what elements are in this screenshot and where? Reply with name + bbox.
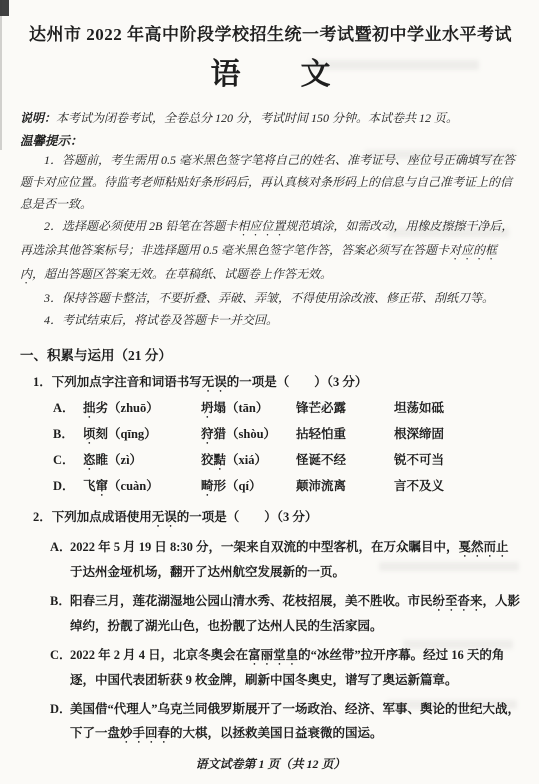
q2-option-a: A． 2022 年 5 月 19 日 8:30 分，一架来自双流的中型客机，在万… bbox=[20, 535, 521, 584]
option-word: 恣睢（zì） bbox=[83, 447, 201, 473]
option-text: 2022 年 2 月 4 日，北京冬奥会在富丽堂皇的“冰丝带”拉开序幕。经过 1… bbox=[70, 648, 504, 687]
q2-option-b: B． 阳春三月，莲花湖湿地公园山清水秀、花枝招展，美不胜收。市民纷至沓来，人影绰… bbox=[20, 589, 521, 638]
question-2-stem: 2．下列加点成语使用无误的一项是（ ）（3 分） bbox=[20, 507, 521, 530]
option-word: 锐不可当 bbox=[394, 447, 521, 473]
notice-text: 本考试为闭卷考试，全卷总分 120 分，考试时间 150 分钟。本试卷共 12 … bbox=[56, 111, 458, 125]
option-word: 拈轻怕重 bbox=[296, 421, 394, 447]
option-text: 美国借“代理人”乌克兰同俄罗斯展开了一场政治、经济、军事、舆论的世纪大战，下了一… bbox=[70, 702, 520, 740]
section-heading: 一、积累与运用（21 分） bbox=[20, 344, 521, 364]
q2-option-d: D． 美国借“代理人”乌克兰同俄罗斯展开了一场政治、经济、军事、舆论的世纪大战，… bbox=[20, 697, 521, 746]
exam-notice: 说明：本考试为闭卷考试，全卷总分 120 分，考试时间 150 分钟。本试卷共 … bbox=[20, 108, 521, 128]
page-content: 达州市 2022 年高中阶段学校招生统一考试暨初中学业水平考试 语 文 说明：本… bbox=[0, 0, 539, 772]
option-word: 顷刻（qīng） bbox=[83, 421, 201, 447]
option-label: A． bbox=[53, 395, 83, 421]
tip-item-3: 3．保持答题卡整洁，不要折叠、弄破、弄皱，不得使用涂改液、修正带、刮纸刀等。 bbox=[20, 287, 521, 309]
option-word: 坦荡如砥 bbox=[394, 395, 521, 421]
option-word: 坍塌（tān） bbox=[201, 395, 296, 421]
option-text: 阳春三月，莲花湖湿地公园山清水秀、花枝招展，美不胜收。市民纷至沓来，人影绰约，扮… bbox=[70, 594, 520, 633]
tip-item-1: 1．答题前，考生需用 0.5 毫米黑色签字笔将自己的姓名、准考证号、座位号正确填… bbox=[20, 149, 521, 215]
option-label: C． bbox=[53, 447, 83, 473]
option-word: 飞窜（cuàn） bbox=[83, 473, 201, 499]
q1-option-row-d: D． 飞窜（cuàn） 畸形（qí） 颠沛流离 言不及义 bbox=[20, 473, 521, 499]
option-word: 言不及义 bbox=[394, 473, 521, 499]
tip-item-2: 2．选择题必须使用 2B 铅笔在答题卡相应位置规范填涂，如需改动，用橡皮擦擦干净… bbox=[20, 215, 521, 287]
option-word: 根深缔固 bbox=[394, 421, 521, 447]
question-1-stem: 1．下列加点字注音和词语书写无误的一项是（ ）（3 分） bbox=[20, 372, 521, 395]
page-footer: 语文试卷第 1 页（共 12 页） bbox=[20, 755, 521, 772]
exam-paper-page: 达州市 2022 年高中阶段学校招生统一考试暨初中学业水平考试 语 文 说明：本… bbox=[0, 0, 539, 784]
option-label: C． bbox=[50, 643, 72, 667]
exam-title: 达州市 2022 年高中阶段学校招生统一考试暨初中学业水平考试 bbox=[20, 24, 521, 46]
option-label: B． bbox=[53, 421, 83, 447]
option-label: D． bbox=[53, 473, 83, 499]
notice-label: 说明： bbox=[20, 111, 56, 125]
option-label: D． bbox=[50, 697, 72, 721]
option-word: 畸形（qí） bbox=[201, 473, 296, 499]
tips-label: 温馨提示： bbox=[20, 131, 521, 149]
q1-option-row-b: B． 顷刻（qīng） 狩猎（shòu） 拈轻怕重 根深缔固 bbox=[20, 421, 521, 447]
tip-item-4: 4．考试结束后，将试卷及答题卡一并交回。 bbox=[20, 309, 521, 331]
q1-option-row-c: C． 恣睢（zì） 狡黠（xiá） 怪诞不经 锐不可当 bbox=[20, 447, 521, 473]
option-word: 锋芒必露 bbox=[296, 395, 394, 421]
q1-option-row-a: A． 拙劣（zhuō） 坍塌（tān） 锋芒必露 坦荡如砥 bbox=[20, 395, 521, 421]
option-word: 狩猎（shòu） bbox=[201, 421, 296, 447]
option-word: 颠沛流离 bbox=[296, 473, 394, 499]
option-word: 怪诞不经 bbox=[296, 447, 394, 473]
subject-title: 语 文 bbox=[20, 58, 521, 92]
option-label: A． bbox=[50, 535, 72, 559]
q2-option-c: C． 2022 年 2 月 4 日，北京冬奥会在富丽堂皇的“冰丝带”拉开序幕。经… bbox=[20, 643, 521, 692]
option-word: 拙劣（zhuō） bbox=[83, 395, 201, 421]
option-text: 2022 年 5 月 19 日 8:30 分，一架来自双流的中型客机，在万众瞩目… bbox=[70, 540, 509, 579]
option-word: 狡黠（xiá） bbox=[201, 447, 296, 473]
option-label: B． bbox=[50, 589, 71, 613]
